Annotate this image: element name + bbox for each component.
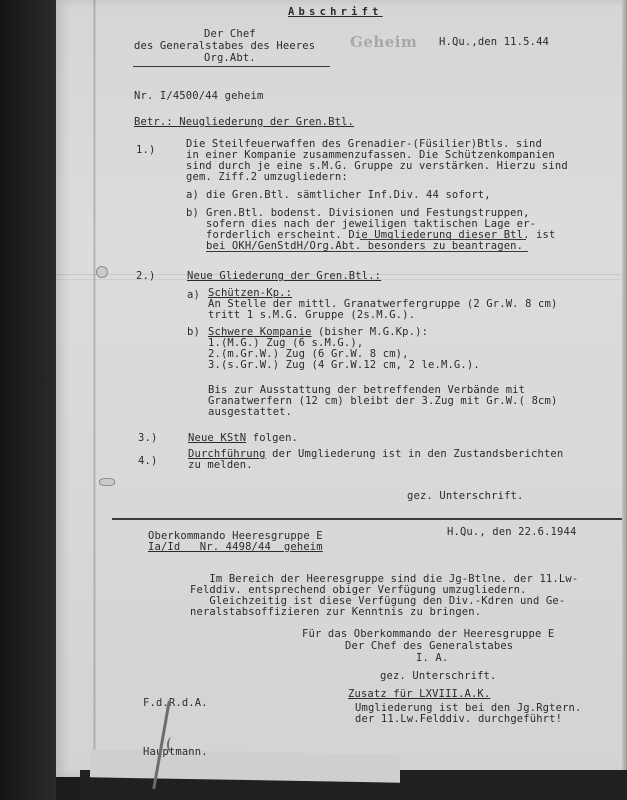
sub-line: die Gren.Btl. sämtlicher Inf.Div. 44 sof… [206,189,491,201]
paper-edge [622,0,627,777]
item-title: Neue Gliederung der Gren.Btl.: [187,270,381,282]
closing-signature: gez. Unterschrift. [380,670,497,682]
sub-label: b) [186,207,199,219]
sub-label: a) [187,289,200,301]
addendum-title: Zusatz für LXVIII.A.K. [348,688,490,700]
item-rest: der Umgliederung ist in den Zustandsberi… [266,448,564,460]
secret-stamp: Geheim [350,33,417,51]
sender-underline [133,66,330,67]
closing-line: Für das Oberkommando der Heeresgruppe E [302,628,554,640]
sender-line-1: Der Chef [204,28,256,40]
sub-label: b) [187,326,200,338]
certification-mark: F.d.R.d.A. [143,697,208,709]
item-rest: folgen. [246,432,298,444]
item-number: 1.) [136,144,155,156]
place-date: H.Qu.,den 11.5.44 [439,36,549,48]
reference-number: Nr. I/4500/44 geheim [134,90,263,102]
section-divider [112,518,622,520]
item-title: Neue KStN [188,432,246,444]
item-number: 3.) [138,432,157,444]
item-3-text: Neue KStN folgen. [188,432,298,444]
paper-bottom-edge [90,749,400,782]
note-line: ausgestattet. [208,406,292,418]
sub-label: a) [186,189,199,201]
place-date-2: H.Qu., den 22.6.1944 [447,526,576,538]
sender2-line-2: Ia/Id Nr. 4498/44 geheim [148,541,323,553]
punch-hole-icon [96,266,108,278]
closing-line: I. A. [416,652,448,664]
item-number: 2.) [136,270,155,282]
emphasis-underline [206,251,528,252]
emphasis-underline [360,239,526,240]
closing-line: Der Chef des Generalstabes [345,640,513,652]
punch-hole-icon [99,478,115,486]
item-number: 4.) [138,455,157,467]
body-line: neralstabsoffizieren zur Kenntnis zu bri… [190,606,481,618]
document-heading: Abschrift [288,6,383,18]
handwritten-signature-hook [167,737,177,753]
scan-backdrop [0,0,56,800]
sender-line-2: des Generalstabes des Heeres [134,40,315,52]
sub-line: tritt 1 s.M.G. Gruppe (2s.M.G.). [208,309,415,321]
item-1-line: gem. Ziff.2 umzugliedern: [186,171,348,183]
paper-fold-line [93,0,96,777]
sender-line-3: Org.Abt. [204,52,256,64]
signature-line: gez. Unterschrift. [407,490,524,502]
item-4-cont: zu melden. [188,459,253,471]
subject-line: Betr.: Neugliederung der Gren.Btl. [134,116,354,128]
addendum-line: der 11.Lw.Felddiv. durchgeführt! [355,713,562,725]
platoon-line: 3.(s.Gr.W.) Zug (4 Gr.W.12 cm, 2 le.M.G.… [208,359,480,371]
